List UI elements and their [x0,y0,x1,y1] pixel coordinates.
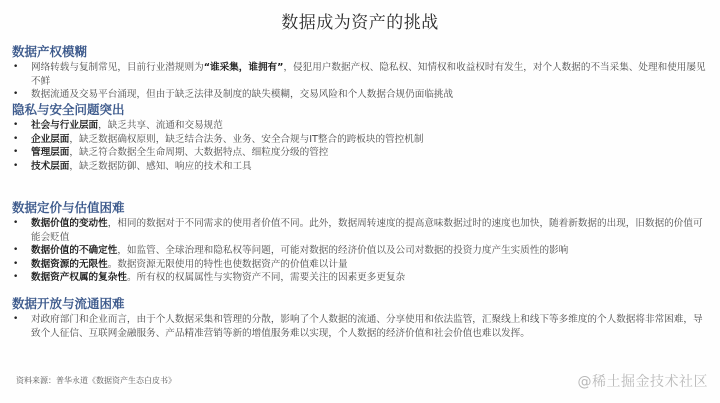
list-item: • 数据价值的不确定性，如监管、全球治理和隐私权等问题，可能对数据的经济价值以及… [12,244,712,258]
list-item: • 对政府部门和企业而言，由于个人数据采集和管理的分散，影响了个人数据的流通、分… [12,313,712,340]
item-bold-text: 数据价值的变动性 [31,218,108,229]
list-item: • 网络转载与复制常见，目前行业潜规则为“谁采集，谁拥有”，侵犯用户数据产权、隐… [12,61,712,88]
list-item: • 企业层面，缺乏数据确权原则，缺乏结合法务、业务、安全合规与IT整合的跨板块的… [12,133,712,147]
bullet-icon: • [13,313,18,327]
bullet-icon: • [13,146,18,160]
bullet-list: • 网络转载与复制常见，目前行业潜规则为“谁采集，谁拥有”，侵犯用户数据产权、隐… [12,61,712,102]
bullet-list: • 数据价值的变动性，相同的数据对于不同需求的使用者价值不同。此外，数据周转速度… [12,217,712,285]
item-text: ，缺乏符合数据全生命周期、大数据特点、细粒度分级的管控 [69,147,328,158]
item-bold-text: 技术层面 [31,161,69,172]
section-heading: 数据开放与流通困难 [12,296,712,312]
section-open-circulation: 数据开放与流通困难 • 对政府部门和企业而言，由于个人数据采集和管理的分散，影响… [12,296,712,340]
list-item: • 社会与行业层面，缺乏共享、流通和交易规范 [12,119,712,133]
bullet-icon: • [13,119,18,133]
item-bold-text: 数据资源的无限性 [31,259,108,270]
bullet-list: • 社会与行业层面，缺乏共享、流通和交易规范 • 企业层面，缺乏数据确权原则，缺… [12,119,712,173]
list-item: • 管理层面，缺乏符合数据全生命周期、大数据特点、细粒度分级的管控 [12,146,712,160]
watermark: @稀土掘金技术社区 [578,371,709,391]
section-heading: 数据定价与估值困难 [12,200,712,216]
bullet-icon: • [13,258,18,272]
item-bold-text: 数据价值的不确定性 [31,245,117,256]
section-heading: 隐私与安全问题突出 [12,102,712,118]
section-data-ownership: 数据产权模糊 • 网络转载与复制常见，目前行业潜规则为“谁采集，谁拥有”，侵犯用… [12,44,712,102]
item-bold-text: 数据资产权属的复杂性 [31,272,127,283]
bullet-icon: • [13,88,18,102]
bullet-icon: • [13,244,18,258]
item-text: ，缺乏数据确权原则，缺乏结合法务、业务、安全合规与IT整合的跨板块的管控机制 [69,134,423,145]
item-bold-text: “谁采集，谁拥有” [204,62,284,73]
bullet-list: • 对政府部门和企业而言，由于个人数据采集和管理的分散，影响了个人数据的流通、分… [12,313,712,340]
item-text: ，如监管、全球治理和隐私权等问题，可能对数据的经济价值以及公司对数据的投资力度产… [117,245,568,256]
list-item: • 数据流通及交易平台涌现，但由于缺乏法律及制度的缺失模糊，交易风险和个人数据合… [12,88,712,102]
item-bold-text: 社会与行业层面 [31,120,98,131]
item-text: 。数据资源无限使用的特性也使数据资产的价值难以计量 [108,259,348,270]
list-item: • 数据价值的变动性，相同的数据对于不同需求的使用者价值不同。此外，数据周转速度… [12,217,712,244]
item-text-prefix: 网络转载与复制常见，目前行业潜规则为 [31,62,204,73]
bullet-icon: • [13,160,18,174]
item-bold-text: 企业层面 [31,134,69,145]
bullet-icon: • [13,271,18,285]
item-text: ，缺乏共享、流通和交易规范 [98,120,223,131]
list-item: • 数据资源的无限性。数据资源无限使用的特性也使数据资产的价值难以计量 [12,258,712,272]
item-text: ，缺乏数据防御、感知、响应的技术和工具 [69,161,251,172]
item-text: ，相同的数据对于不同需求的使用者价值不同。此外，数据周转速度的提高意味数据过时的… [31,218,703,243]
page-title: 数据成为资产的挑战 [0,8,720,33]
section-privacy-security: 隐私与安全问题突出 • 社会与行业层面，缺乏共享、流通和交易规范 • 企业层面，… [12,102,712,173]
item-text: 数据流通及交易平台涌现，但由于缺乏法律及制度的缺失模糊，交易风险和个人数据合规仍… [31,89,453,100]
item-text: 对政府部门和企业而言，由于个人数据采集和管理的分散，影响了个人数据的流通、分享使… [31,314,703,339]
item-text: 。所有权的权属属性与实物资产不同，需要关注的因素更多更复杂 [127,272,405,283]
source-citation: 资料来源：普华永道《数据资产生态白皮书》 [16,375,176,386]
item-bold-text: 管理层面 [31,147,69,158]
section-heading: 数据产权模糊 [12,44,712,60]
bullet-icon: • [13,217,18,231]
section-pricing-valuation: 数据定价与估值困难 • 数据价值的变动性，相同的数据对于不同需求的使用者价值不同… [12,200,712,285]
list-item: • 数据资产权属的复杂性。所有权的权属属性与实物资产不同，需要关注的因素更多更复… [12,271,712,285]
bullet-icon: • [13,133,18,147]
bullet-icon: • [13,61,18,75]
list-item: • 技术层面，缺乏数据防御、感知、响应的技术和工具 [12,160,712,174]
